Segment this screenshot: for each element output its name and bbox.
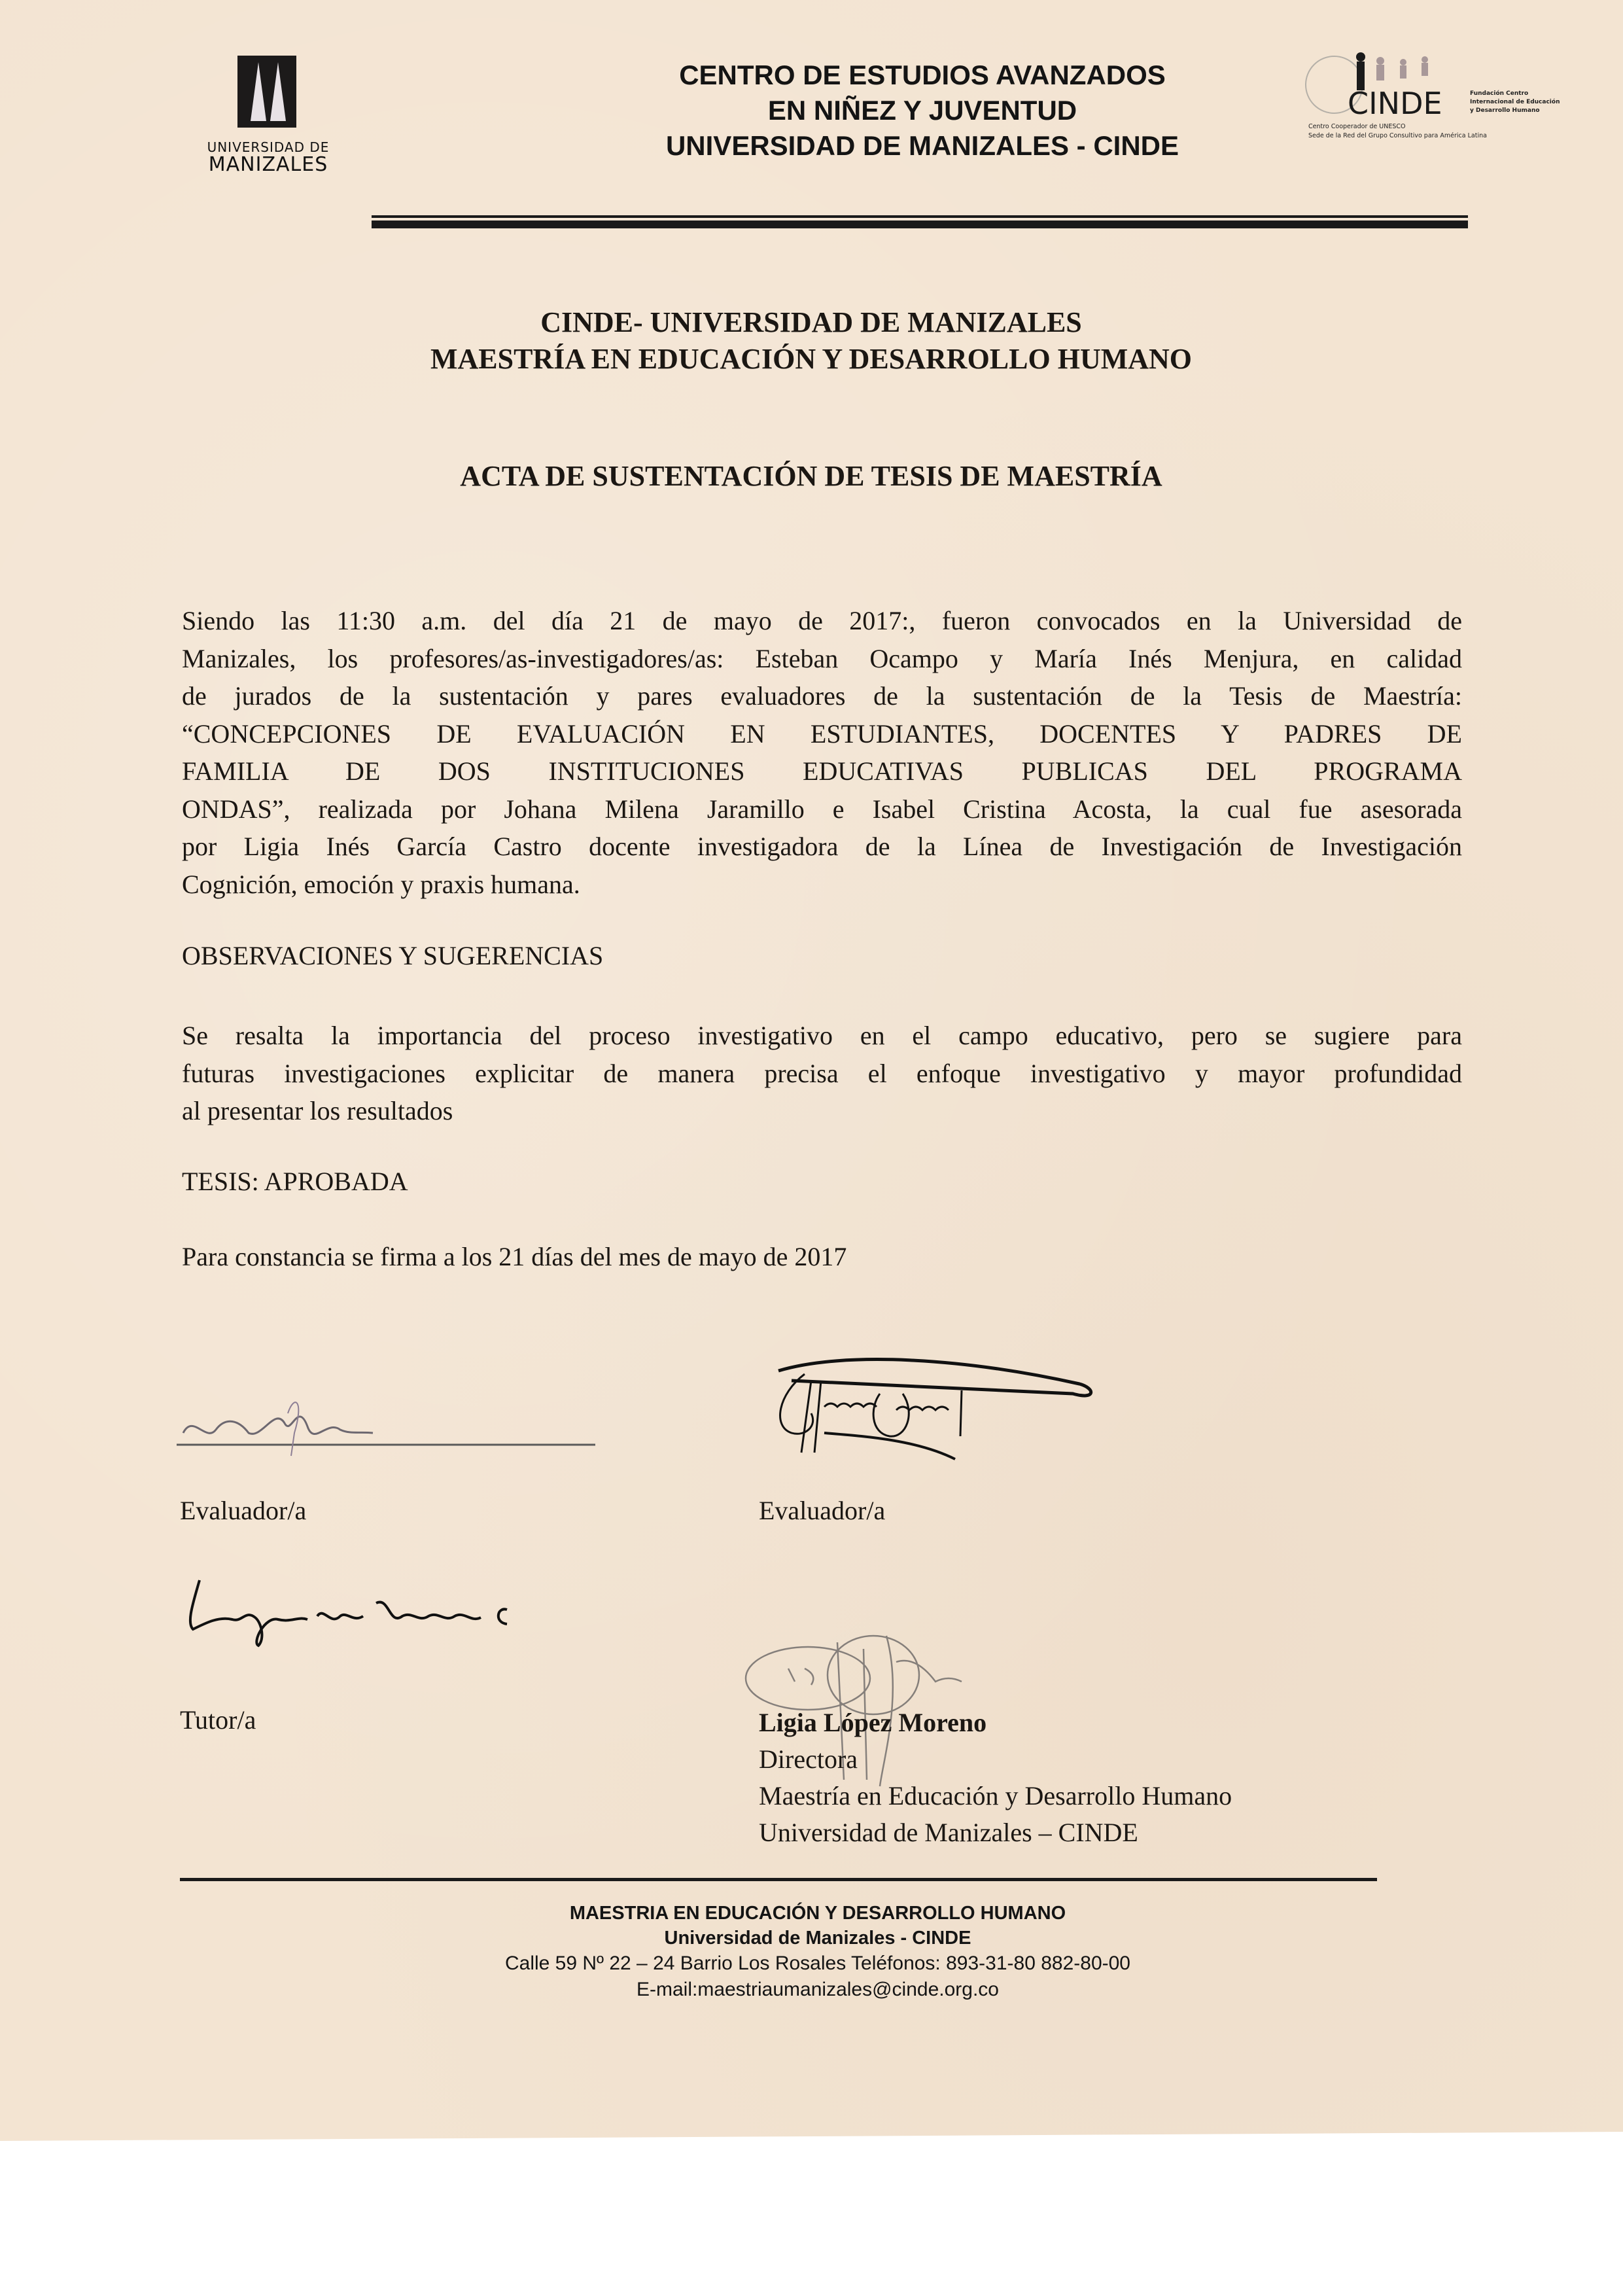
logo-line-2: MANIZALES (193, 155, 343, 175)
convocation-paragraph: Siendo las 11:30 a.m. del día 21 de mayo… (182, 602, 1462, 903)
universidad-de-manizales-logo: UNIVERSIDAD DE MANIZALES (193, 56, 343, 175)
document-title: ACTA DE SUSTENTACIÓN DE TESIS DE MAESTRÍ… (262, 458, 1361, 495)
director-program: Maestría en Educación y Desarrollo Human… (759, 1778, 1232, 1814)
tutor-label: Tutor/a (180, 1704, 256, 1735)
universidad-manizales-mark-icon (237, 56, 296, 128)
paragraph-line: futuras investigaciones explicitar de ma… (182, 1055, 1462, 1093)
footer-email: E-mail:maestriaumanizales@cinde.org.co (425, 1977, 1210, 2003)
cinde-subtitle: Fundación Centro Internacional de Educac… (1470, 90, 1575, 115)
paragraph-line: Siendo las 11:30 a.m. del día 21 de mayo… (182, 602, 1462, 640)
paragraph-line: Manizales, los profesores/as-investigado… (182, 640, 1462, 678)
header-title-line: EN NIÑEZ Y JUVENTUD (589, 93, 1256, 128)
observations-paragraph: Se resalta la importancia del proceso in… (182, 1017, 1462, 1130)
header-divider-thick (372, 221, 1468, 228)
director-institution: Universidad de Manizales – CINDE (759, 1814, 1232, 1851)
director-name: Ligia López Moreno (759, 1704, 1232, 1741)
evaluator-2-label: Evaluador/a (759, 1495, 885, 1526)
observations-heading: OBSERVACIONES Y SUGERENCIAS (182, 940, 603, 971)
cinde-tagline: Centro Cooperador de UNESCO Sede de la R… (1308, 122, 1487, 141)
thesis-verdict: TESIS: APROBADA (182, 1166, 408, 1197)
evaluator-1-signature-icon (177, 1394, 595, 1456)
cinde-wordmark: CINDE (1348, 88, 1442, 118)
paragraph-line: por Ligia Inés García Castro docente inv… (182, 828, 1462, 866)
paragraph-line: Cognición, emoción y praxis humana. (182, 866, 1462, 904)
paragraph-line: FAMILIA DE DOS INSTITUCIONES EDUCATIVAS … (182, 752, 1462, 790)
header-title-line: UNIVERSIDAD DE MANIZALES - CINDE (589, 128, 1256, 164)
footer-address: Calle 59 Nº 22 – 24 Barrio Los Rosales T… (425, 1951, 1210, 1977)
director-block: Ligia López Moreno Directora Maestría en… (759, 1704, 1232, 1851)
footer-program: MAESTRIA EN EDUCACIÓN Y DESARROLLO HUMAN… (425, 1901, 1210, 1926)
institution-title: CINDE- UNIVERSIDAD DE MANIZALES MAESTRÍA… (262, 304, 1361, 378)
paragraph-line: al presentar los resultados (182, 1092, 1462, 1130)
constancia-statement: Para constancia se firma a los 21 días d… (182, 1241, 846, 1272)
header-title-line: CENTRO DE ESTUDIOS AVANZADOS (589, 58, 1256, 93)
paragraph-line: de jurados de la sustentación y pares ev… (182, 677, 1462, 715)
paragraph-line: ONDAS”, realizada por Johana Milena Jara… (182, 790, 1462, 828)
director-role: Directora (759, 1741, 1232, 1778)
tutor-signature-icon (180, 1577, 546, 1652)
footer-divider (180, 1878, 1377, 1881)
footer-contact: MAESTRIA EN EDUCACIÓN Y DESARROLLO HUMAN… (425, 1901, 1210, 2003)
evaluator-2-signature-icon (765, 1354, 1106, 1462)
paragraph-line: Se resalta la importancia del proceso in… (182, 1017, 1462, 1055)
children-row-icon (1367, 56, 1439, 88)
evaluator-1-label: Evaluador/a (180, 1495, 306, 1526)
paragraph-line: “CONCEPCIONES DE EVALUACIÓN EN ESTUDIANT… (182, 715, 1462, 753)
footer-institution: Universidad de Manizales - CINDE (425, 1926, 1210, 1951)
header-divider-thin (372, 215, 1468, 218)
header-title: CENTRO DE ESTUDIOS AVANZADOS EN NIÑEZ Y … (589, 58, 1256, 164)
